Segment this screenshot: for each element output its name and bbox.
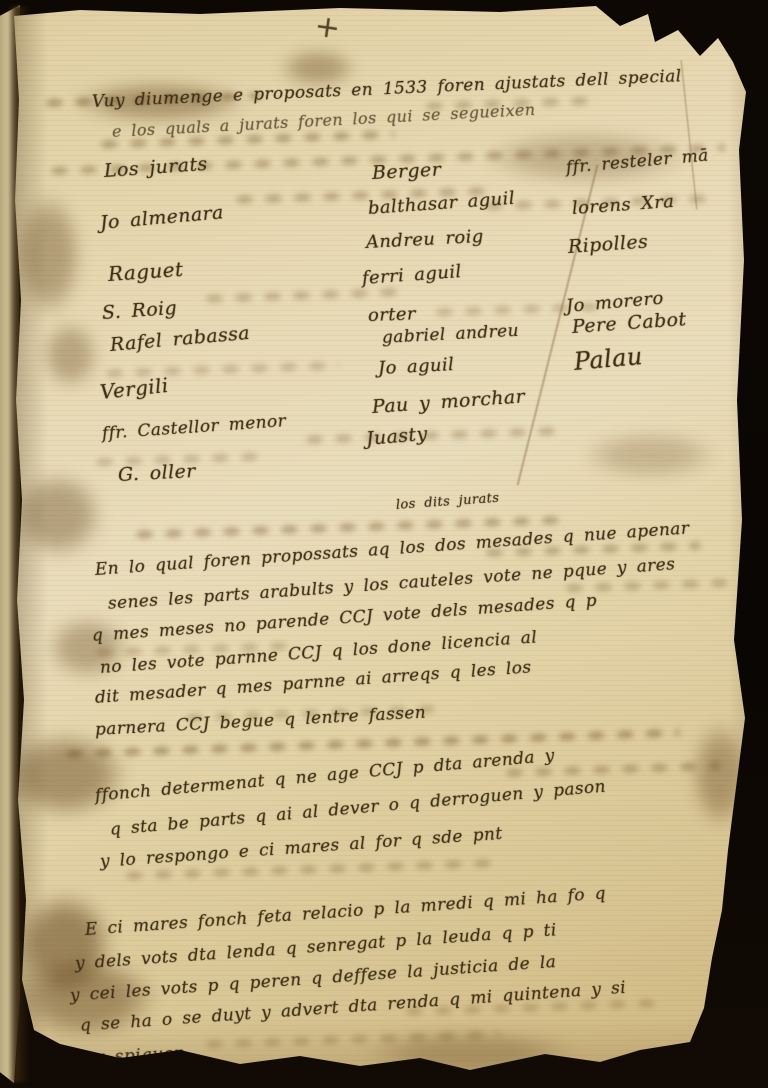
manuscript-page: + 15 Vuy diumenge e proposats en 1533 fo… [0,0,768,1088]
photo-backdrop: + 15 Vuy diumenge e proposats en 1533 fo… [0,0,768,1088]
page-vignette [0,0,768,1088]
